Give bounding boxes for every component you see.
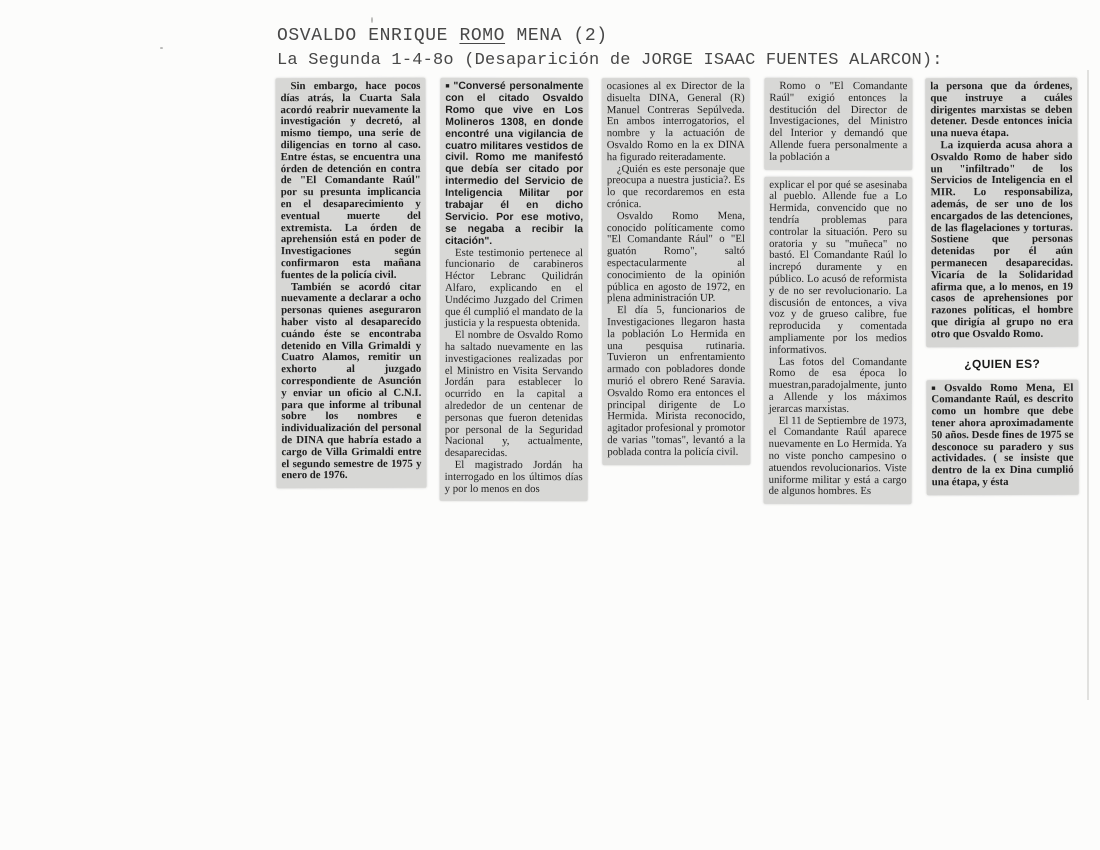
article-paragraph: También se acordó citar nuevamente a dec… xyxy=(281,281,422,482)
typed-subject-line: OSVALDO ENRIQUE ROMO MENA (2) xyxy=(277,26,608,46)
article-paragraph: ocasiones al ex Director de la disuelta … xyxy=(607,81,745,164)
profile-text: Osvaldo Romo Mena, El Comandante Raúl, e… xyxy=(931,381,1073,488)
scan-speck xyxy=(371,17,373,23)
scan-edge-streak xyxy=(1087,70,1089,700)
news-column-5: la persona que da órdenes, que instruye … xyxy=(925,78,1078,495)
article-paragraph: explicar el por qué se asesinaba al pueb… xyxy=(769,179,907,356)
newsprint-strip: la persona que da órdenes, que instruye … xyxy=(925,78,1078,347)
subject-name-part: OSVALDO ENRIQUE xyxy=(277,26,459,46)
news-column-4: Romo o "El Comandante Raúl" exigió enton… xyxy=(764,78,913,504)
newsprint-strip: explicar el por qué se asesinaba al pueb… xyxy=(764,176,913,504)
square-bullet-icon: ■ xyxy=(931,384,944,392)
section-heading-quien-es: ¿QUIEN ES? xyxy=(926,356,1078,371)
news-column-3: ocasiones al ex Director de la disuelta … xyxy=(602,78,751,465)
newsprint-strip: ■"Conversé personalmente con el citado O… xyxy=(440,78,589,502)
quote-paragraph: ■"Conversé personalmente con el citado O… xyxy=(445,81,583,248)
news-column-2: ■"Conversé personalmente con el citado O… xyxy=(440,78,589,502)
article-paragraph: El 11 de Septiembre de 1973, el Comandan… xyxy=(769,415,907,498)
subject-name-suffix: MENA (2) xyxy=(505,26,608,46)
article-paragraph: El nombre de Osvaldo Romo ha saltado nue… xyxy=(445,330,583,460)
newsprint-strip: Romo o "El Comandante Raúl" exigió enton… xyxy=(764,78,912,170)
article-paragraph: Las fotos del Comandante Romo de esa épo… xyxy=(769,356,907,415)
paste-gap xyxy=(764,169,912,176)
newsprint-strip: ■Osvaldo Romo Mena, El Comandante Raúl, … xyxy=(926,379,1078,495)
article-paragraph: La izquierda acusa ahora a Osvaldo Romo … xyxy=(930,140,1073,341)
subject-name-underlined: ROMO xyxy=(459,26,505,46)
scan-speck xyxy=(160,47,163,49)
news-column-1: Sin embargo, hace pocos días atrás, la C… xyxy=(275,78,426,488)
article-paragraph: la persona que da órdenes, que instruye … xyxy=(930,81,1072,140)
quote-text: "Conversé personalmente con el citado Os… xyxy=(445,81,583,247)
article-paragraph: Sin embargo, hace pocos días atrás, la C… xyxy=(280,81,421,282)
scanned-newspaper-page: OSVALDO ENRIQUE ROMO MENA (2) La Segunda… xyxy=(0,0,1100,850)
article-paragraph: El magistrado Jordán ha interrogado en l… xyxy=(445,460,583,496)
article-paragraph: Este testimonio pertenece al funcionario… xyxy=(445,248,583,331)
typed-source-line: La Segunda 1-4-8o (Desaparición de JORGE… xyxy=(277,51,943,70)
article-paragraph: Romo o "El Comandante Raúl" exigió enton… xyxy=(769,81,907,164)
newsprint-strip: ocasiones al ex Director de la disuelta … xyxy=(602,78,751,465)
profile-paragraph: ■Osvaldo Romo Mena, El Comandante Raúl, … xyxy=(931,382,1073,489)
article-paragraph: Osvaldo Romo Mena, conocido políticament… xyxy=(607,211,745,306)
article-paragraph: ¿Quién es este personaje que preocupa a … xyxy=(607,163,745,210)
article-paragraph: El día 5, funcionarios de Investigacione… xyxy=(607,305,745,459)
square-bullet-icon: ■ xyxy=(445,83,453,90)
newsprint-strip: Sin embargo, hace pocos días atrás, la C… xyxy=(275,78,426,488)
